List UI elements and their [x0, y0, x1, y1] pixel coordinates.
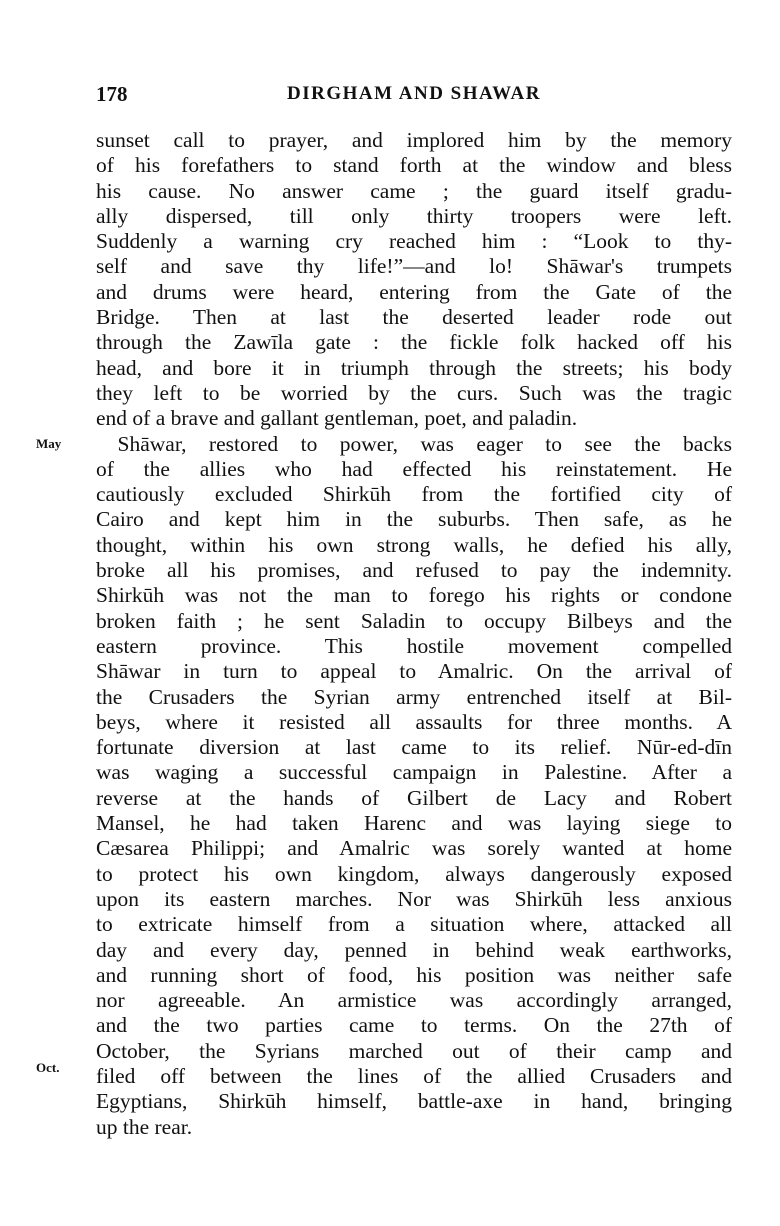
text-line: was waging a successful campaign in Pale…: [96, 760, 732, 785]
text-line: broke all his promises, and refused to p…: [96, 558, 732, 583]
text-line: up the rear.: [96, 1115, 732, 1140]
text-line: and the two parties came to terms. On th…: [96, 1013, 732, 1038]
text-line: of the allies who had effected his reins…: [96, 457, 732, 482]
text-line: to extricate himself from a situation wh…: [96, 912, 732, 937]
text-line: Egyptians, Shirkūh himself, battle-axe i…: [96, 1089, 732, 1114]
margin-note-oct: Oct.: [36, 1055, 59, 1080]
running-head: DIRGHAM AND SHAWAR: [96, 83, 732, 105]
text-line: and drums were heard, entering from the …: [96, 280, 732, 305]
text-line: sunset call to prayer, and implored him …: [96, 128, 732, 153]
text-line: upon its eastern marches. Nor was Shirkū…: [96, 887, 732, 912]
text-line: Shirkūh was not the man to forego his ri…: [96, 583, 732, 608]
text-line: through the Zawīla gate : the fickle fol…: [96, 330, 732, 355]
text-line: Suddenly a warning cry reached him : “Lo…: [96, 229, 732, 254]
text-line: Cairo and kept him in the suburbs. Then …: [96, 507, 732, 532]
text-line: Mansel, he had taken Harenc and was layi…: [96, 811, 732, 836]
text-line: head, and bore it in triumph through the…: [96, 356, 732, 381]
body-text: sunset call to prayer, and implored him …: [96, 128, 732, 1140]
text-line: thought, within his own strong walls, he…: [96, 533, 732, 558]
text-line: filed off between the lines of the allie…: [96, 1064, 732, 1089]
text-line: fortunate diversion at last came to its …: [96, 735, 732, 760]
text-line: self and save thy life!”—and lo! Shāwar'…: [96, 254, 732, 279]
text-line: Shāwar, restored to power, was eager to …: [96, 432, 732, 457]
text-line: they left to be worried by the curs. Suc…: [96, 381, 732, 406]
text-line: the Crusaders the Syrian army entrenched…: [96, 685, 732, 710]
text-line: reverse at the hands of Gilbert de Lacy …: [96, 786, 732, 811]
margin-note-may: May: [36, 431, 61, 456]
page-header: 178 DIRGHAM AND SHAWAR: [96, 82, 732, 112]
text-line: broken faith ; he sent Saladin to occupy…: [96, 609, 732, 634]
text-line: October, the Syrians marched out of thei…: [96, 1039, 732, 1064]
text-line: Shāwar in turn to appeal to Amalric. On …: [96, 659, 732, 684]
text-line: to protect his own kingdom, always dange…: [96, 862, 732, 887]
text-line: and running short of food, his position …: [96, 963, 732, 988]
book-page: 178 DIRGHAM AND SHAWAR May Oct. sunset c…: [0, 0, 780, 1226]
text-line: Cæsarea Philippi; and Amalric was sorely…: [96, 836, 732, 861]
text-line: beys, where it resisted all assaults for…: [96, 710, 732, 735]
text-line: of his forefathers to stand forth at the…: [96, 153, 732, 178]
text-line: day and every day, penned in behind weak…: [96, 938, 732, 963]
text-line: ally dispersed, till only thirty trooper…: [96, 204, 732, 229]
text-line: end of a brave and gallant gentleman, po…: [96, 406, 732, 431]
text-line: cautiously excluded Shirkūh from the for…: [96, 482, 732, 507]
text-line: Bridge. Then at last the deserted leader…: [96, 305, 732, 330]
text-line: eastern province. This hostile movement …: [96, 634, 732, 659]
text-line: his cause. No answer came ; the guard it…: [96, 179, 732, 204]
text-line: nor agreeable. An armistice was accordin…: [96, 988, 732, 1013]
